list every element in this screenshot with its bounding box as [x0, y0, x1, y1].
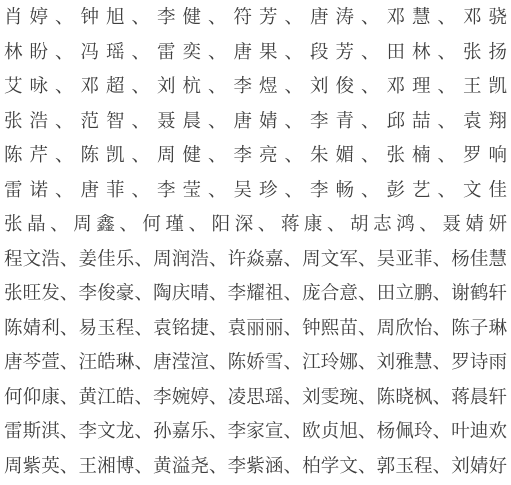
name-list: 肖婷、钟旭、李健、符芳、唐涛、邓慧、邓骁林盼、冯瑶、雷奕、唐果、段芳、田林、张扬…: [4, 1, 507, 484]
name-row: 艾咏、邓超、刘杭、李煜、刘俊、邓理、王凯: [4, 70, 507, 105]
name-row: 陈婧利、易玉程、袁铭捷、袁丽丽、钟熙苗、周欣怡、陈子琳: [4, 312, 507, 347]
name-roster-page: 肖婷、钟旭、李健、符芳、唐涛、邓慧、邓骁林盼、冯瑶、雷奕、唐果、段芳、田林、张扬…: [0, 0, 511, 485]
name-row: 陈芹、陈凯、周健、李亮、朱媚、张楠、罗响: [4, 139, 507, 174]
name-row: 肖婷、钟旭、李健、符芳、唐涛、邓慧、邓骁: [4, 1, 507, 36]
name-row: 张晶、周鑫、何瑾、阳深、蒋康、胡志鸿、聂婧妍: [4, 208, 507, 243]
name-row: 何仰康、黄江皓、李婉婷、凌思瑶、刘雯琬、陈晓枫、蒋晨轩: [4, 381, 507, 416]
name-row: 雷诺、唐菲、李莹、吴珍、李畅、彭艺、文佳: [4, 174, 507, 209]
name-row: 林盼、冯瑶、雷奕、唐果、段芳、田林、张扬: [4, 36, 507, 71]
name-row: 雷斯淇、李文龙、孙嘉乐、李家宣、欧贞旭、杨佩玲、叶迪欢: [4, 415, 507, 450]
name-row: 唐芩萱、汪皓琳、唐滢渲、陈娇雪、江玲娜、刘雅慧、罗诗雨: [4, 346, 507, 381]
name-row: 周紫英、王湘博、黄溢尧、李紫涵、柏学文、郭玉程、刘婧好: [4, 450, 507, 485]
name-row: 程文浩、姜佳乐、周润浩、许焱嘉、周文军、吴亚菲、杨佳慧: [4, 243, 507, 278]
name-row: 张浩、范智、聂晨、唐婧、李青、邱喆、袁翔: [4, 105, 507, 140]
name-row: 张旺发、李俊豪、陶庆晴、李耀祖、庞合意、田立鹏、谢鹤轩: [4, 277, 507, 312]
